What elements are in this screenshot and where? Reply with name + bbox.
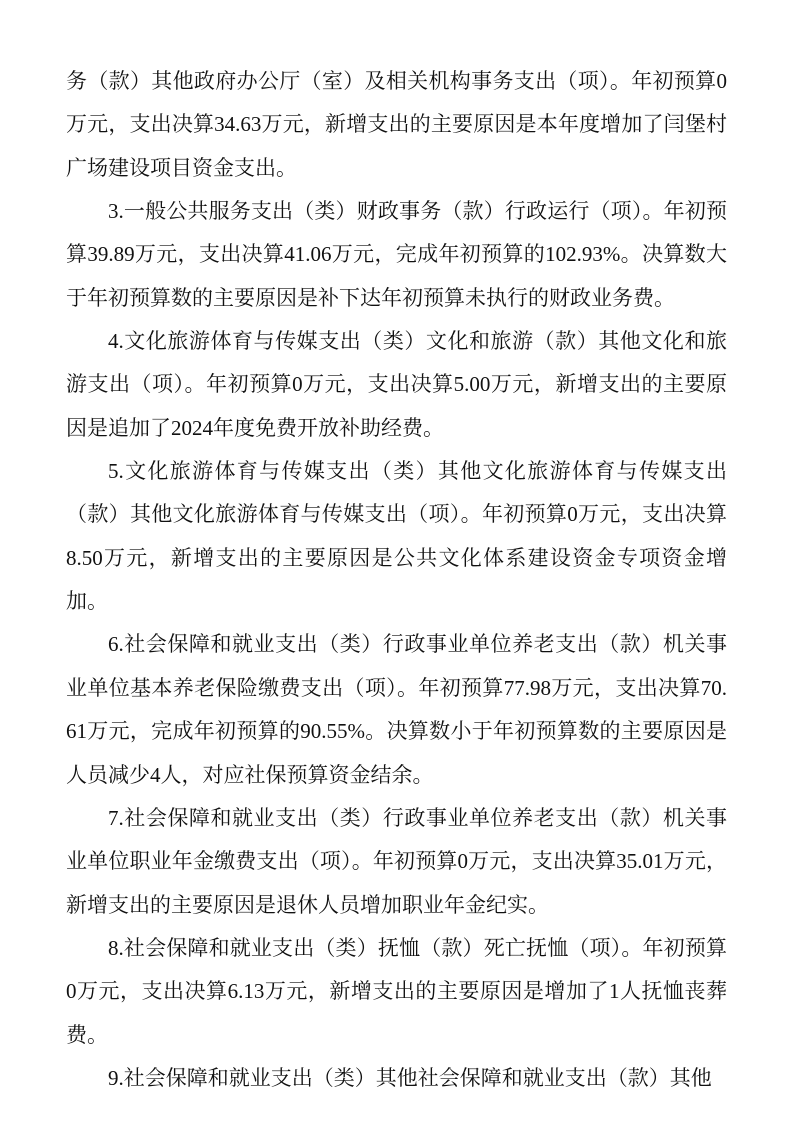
- paragraph-item-9: 9.社会保障和就业支出（类）其他社会保障和就业支出（款）其他: [66, 1057, 727, 1100]
- paragraph-item-8: 8.社会保障和就业支出（类）抚恤（款）死亡抚恤（项）。年初预算0万元，支出决算6…: [66, 927, 727, 1057]
- paragraph-item-5: 5.文化旅游体育与传媒支出（类）其他文化旅游体育与传媒支出（款）其他文化旅游体育…: [66, 450, 727, 623]
- paragraph-item-6: 6.社会保障和就业支出（类）行政事业单位养老支出（款）机关事业单位基本养老保险缴…: [66, 623, 727, 796]
- paragraph-item-4: 4.文化旅游体育与传媒支出（类）文化和旅游（款）其他文化和旅游支出（项）。年初预…: [66, 320, 727, 450]
- paragraph-continuation: 务（款）其他政府办公厅（室）及相关机构事务支出（项）。年初预算0万元，支出决算3…: [66, 60, 727, 190]
- document-page: 务（款）其他政府办公厅（室）及相关机构事务支出（项）。年初预算0万元，支出决算3…: [0, 0, 793, 1122]
- paragraph-item-3: 3.一般公共服务支出（类）财政事务（款）行政运行（项）。年初预算39.89万元，…: [66, 190, 727, 320]
- paragraph-item-7: 7.社会保障和就业支出（类）行政事业单位养老支出（款）机关事业单位职业年金缴费支…: [66, 797, 727, 927]
